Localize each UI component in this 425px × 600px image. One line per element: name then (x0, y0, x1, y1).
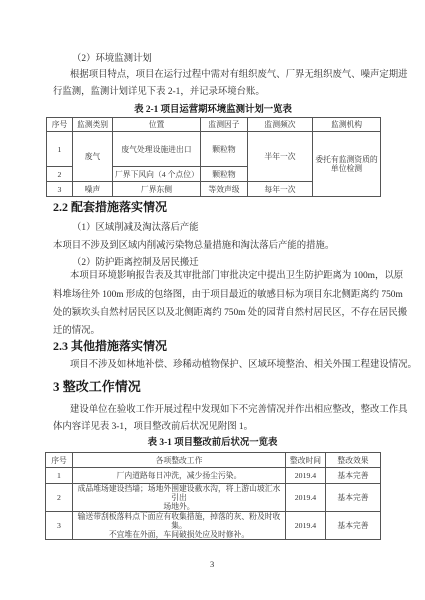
section-heading-2-2: 2.2 配套措施落实情况 (53, 200, 167, 214)
paragraph-line: 根据项目特点，项目在运行过程中需对有组织废气、厂界无组织废气、噪声定期进 (70, 69, 408, 81)
section-heading-2-3: 2.3 其他措施落实情况 (53, 339, 167, 353)
cell-category: 噪声 (73, 182, 113, 197)
cell-no: 1 (47, 132, 73, 167)
paragraph-line: 行监测，监测计划详见下表 2-1，并记录环境台账。 (53, 86, 265, 98)
header-cell: 序号 (47, 118, 73, 132)
subheading-regional-reduction: （1）区域削减及淘汰落后产能 (72, 222, 199, 234)
paragraph-line: 本项目环境影响报告表及其审批部门审批决定中提出卫生防护距离为 100m，以原 (70, 270, 403, 282)
paragraph-line: 料堆场往外 100m 形成的包络图，由于项目最近的敏感目标为项目东北侧距离约 7… (53, 289, 403, 301)
table-2-1-caption: 表 2-1 项目运营期环境监测计划一览表 (46, 104, 380, 116)
cell-category: 废气 (73, 132, 113, 182)
cell-work: 输送带刮板落料点下面应有收集措施，掉落的灰、粉及时收集。 不宜堆在外面，车间破损… (73, 512, 286, 540)
cell-location: 厂界下风向（4 个点位） (113, 167, 201, 182)
table-row: 3 输送带刮板落料点下面应有收集措施，掉落的灰、粉及时收集。 不宜堆在外面，车间… (46, 512, 381, 540)
cell-effect: 基本完善 (326, 484, 381, 512)
header-cell: 整改时间 (286, 453, 326, 468)
cell-no: 1 (46, 468, 73, 484)
cell-frequency: 半年一次 (248, 132, 313, 182)
paragraph-line: 本项目不涉及到区域内削减污染物总量措施和淘汰落后产能的措施。 (53, 240, 334, 252)
work-line: 成品堆场建设挡墙；场地外围建设截水沟，将上游山坡汇水引出 (75, 484, 283, 502)
work-line: 输送带刮板落料点下面应有收集措施，掉落的灰、粉及时收集。 (75, 512, 283, 530)
header-cell: 位置 (113, 118, 201, 132)
paragraph-line: 处的颍坎头自然村居民区以及北侧距离约 750m 处的园背自然村居民区，不存在居民… (53, 307, 407, 319)
paragraph-line: 体内容详见表 3-1，项目整改前后状况见附图 1。 (53, 421, 253, 433)
work-line: 不宜堆在外面，车间破损处应及时修补。 (75, 530, 283, 539)
cell-no: 2 (47, 167, 73, 182)
cell-factor: 颗粒物 (201, 167, 248, 182)
page-number: 3 (210, 559, 214, 569)
agency-line: 委托有监测资质的 (315, 155, 378, 164)
cell-time: 2019.4 (286, 468, 326, 484)
paragraph-line: 建设单位在验收工作开展过程中发现如下不完善情况并作出相应整改，整改工作具 (70, 404, 408, 416)
cell-no: 3 (47, 182, 73, 197)
cell-effect: 基本完善 (326, 468, 381, 484)
cell-work: 厂内道路每日冲洗，减少扬尘污染。 (73, 468, 286, 484)
table-2-1-monitoring-plan: 序号 监测类别 位置 监测因子 监测频次 监测机构 1 废气 废气处理设施进出口… (46, 117, 381, 197)
header-cell: 序号 (46, 453, 73, 468)
table-row: 1 厂内道路每日冲洗，减少扬尘污染。 2019.4 基本完善 (46, 468, 381, 484)
cell-no: 3 (46, 512, 73, 540)
work-line: 厂内道路每日冲洗，减少扬尘污染。 (75, 471, 283, 480)
cell-factor: 颗粒物 (201, 132, 248, 167)
header-cell: 监测频次 (248, 118, 313, 132)
table-header-row: 序号 各项整改工作 整改时间 整改效果 (46, 453, 381, 468)
table-3-1-caption: 表 3-1 项目整改前后状况一览表 (45, 437, 380, 449)
cell-time: 2019.4 (286, 512, 326, 540)
subheading-protection-distance: （2）防护距离控制及居民搬迁 (72, 257, 199, 269)
header-cell: 监测因子 (201, 118, 248, 132)
table-row: 2 成品堆场建设挡墙；场地外围建设截水沟，将上游山坡汇水引出 场地外。 2019… (46, 484, 381, 512)
cell-no: 2 (46, 484, 73, 512)
cell-factor: 等效声级 (201, 182, 248, 197)
paragraph-line: 迁的情况。 (53, 325, 100, 337)
table-3-1-rectification: 序号 各项整改工作 整改时间 整改效果 1 厂内道路每日冲洗，减少扬尘污染。 2… (45, 452, 381, 540)
header-cell: 各项整改工作 (73, 453, 286, 468)
table-row: 1 废气 废气处理设施进出口 颗粒物 半年一次 委托有监测资质的 单位检测 (47, 132, 381, 167)
cell-effect: 基本完善 (326, 512, 381, 540)
header-cell: 整改效果 (326, 453, 381, 468)
cell-work: 成品堆场建设挡墙；场地外围建设截水沟，将上游山坡汇水引出 场地外。 (73, 484, 286, 512)
subheading-monitoring-plan: （2）环境监测计划 (72, 53, 152, 65)
paragraph-line: 项目不涉及如林地补偿、珍稀动植物保护、区域环境整治、相关外围工程建设情况。 (70, 359, 417, 371)
cell-location: 厂界东侧 (113, 182, 201, 197)
table-header-row: 序号 监测类别 位置 监测因子 监测频次 监测机构 (47, 118, 381, 132)
section-heading-3: 3 整改工作情况 (53, 379, 141, 394)
agency-line: 单位检测 (315, 164, 378, 173)
cell-location: 废气处理设施进出口 (113, 132, 201, 167)
header-cell: 监测类别 (73, 118, 113, 132)
cell-time: 2019.4 (286, 484, 326, 512)
cell-frequency: 每年一次 (248, 182, 313, 197)
work-line: 场地外。 (75, 502, 283, 511)
header-cell: 监测机构 (313, 118, 381, 132)
cell-agency: 委托有监测资质的 单位检测 (313, 132, 381, 197)
